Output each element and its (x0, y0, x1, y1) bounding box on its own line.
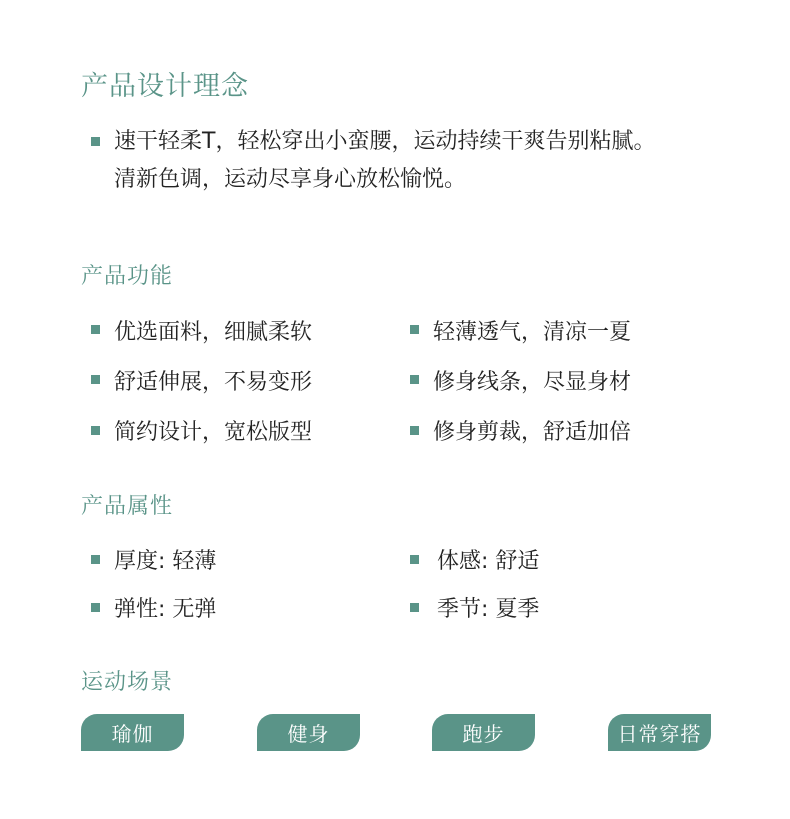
feature-item: 修身剪裁，舒适加倍 (433, 415, 631, 446)
scenes-title: 运动场景 (81, 665, 173, 696)
design-line-2: 清新色调，运动尽享身心放松愉悦。 (114, 162, 466, 193)
scene-tag-fitness[interactable]: 健身 (257, 714, 360, 751)
feature-item: 优选面料，细腻柔软 (114, 315, 312, 346)
design-title: 产品设计理念 (81, 64, 249, 103)
bullet-icon (410, 325, 419, 334)
bullet-icon (91, 375, 100, 384)
attributes-title: 产品属性 (81, 489, 173, 520)
design-line-1: 速干轻柔T，轻松穿出小蛮腰，运动持续干爽告别粘腻。 (114, 124, 655, 155)
feature-item: 修身线条，尽显身材 (433, 365, 631, 396)
bullet-icon (410, 603, 419, 612)
attribute-item: 厚度: 轻薄 (114, 544, 216, 575)
bullet-icon (410, 375, 419, 384)
bullet-icon (91, 137, 100, 146)
scene-tag-daily-wear[interactable]: 日常穿搭 (608, 714, 711, 751)
bullet-icon (91, 426, 100, 435)
scene-tag-running[interactable]: 跑步 (432, 714, 535, 751)
feature-item: 舒适伸展，不易变形 (114, 365, 312, 396)
bullet-icon (91, 325, 100, 334)
feature-item: 轻薄透气，清凉一夏 (433, 315, 631, 346)
bullet-icon (91, 555, 100, 564)
scene-tag-yoga[interactable]: 瑜伽 (81, 714, 184, 751)
attribute-item: 体感: 舒适 (437, 544, 539, 575)
features-title: 产品功能 (81, 259, 173, 290)
feature-item: 简约设计，宽松版型 (114, 415, 312, 446)
bullet-icon (91, 603, 100, 612)
attribute-item: 季节: 夏季 (437, 592, 539, 623)
bullet-icon (410, 426, 419, 435)
attribute-item: 弹性: 无弹 (114, 592, 216, 623)
bullet-icon (410, 555, 419, 564)
